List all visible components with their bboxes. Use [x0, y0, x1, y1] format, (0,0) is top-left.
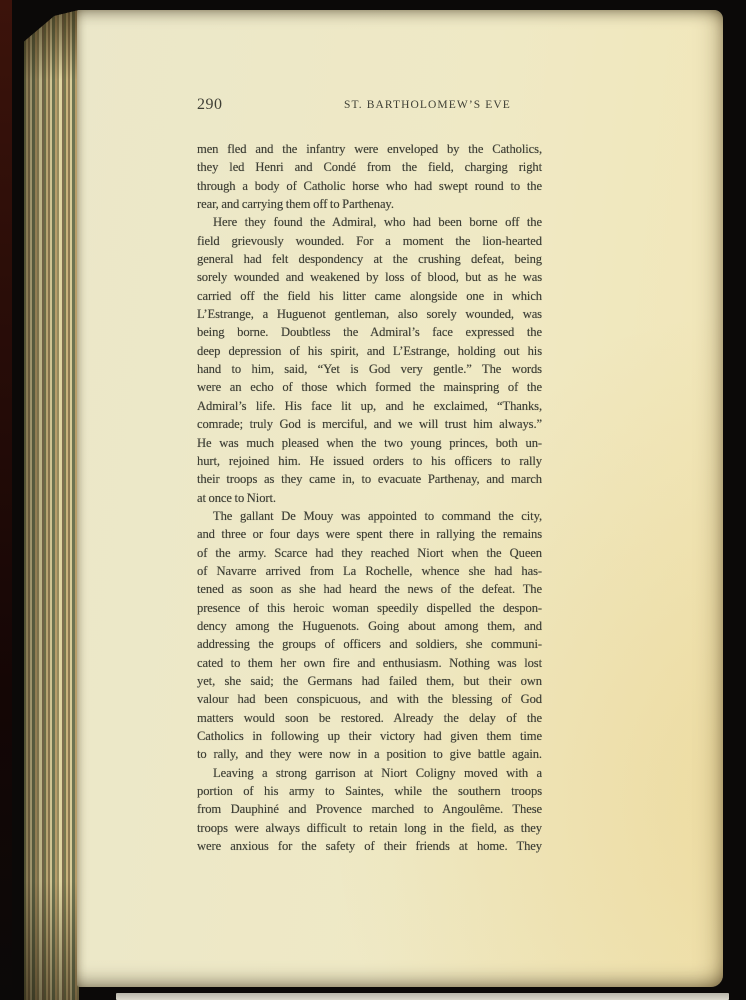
text-line: hurt, rejoined him. He issued orders to …	[197, 452, 542, 470]
text-line: comrade; truly God is merciful, and we w…	[197, 415, 542, 433]
text-line: dency among the Huguenots. Going about a…	[197, 617, 542, 635]
text-line: of Navarre arrived from La Rochelle, whe…	[197, 562, 542, 580]
text-line: He was much pleased when the two young p…	[197, 434, 542, 452]
text-line: sorely wounded and weakened by loss of b…	[197, 268, 542, 286]
text-line: L’Estrange, a Huguenot gentleman, also s…	[197, 305, 542, 323]
text-line: were anxious for the safety of their fri…	[197, 837, 542, 855]
text-line: addressing the groups of officers and so…	[197, 635, 542, 653]
text-line: troops were always difficult to retain l…	[197, 819, 542, 837]
text-line: carried off the field his litter came al…	[197, 287, 542, 305]
text-line: through a body of Catholic horse who had…	[197, 177, 542, 195]
text-line: matters would soon be restored. Already …	[197, 709, 542, 727]
book-page-edges	[24, 10, 79, 1000]
text-line: men fled and the infantry were enveloped…	[197, 140, 542, 158]
text-line: tened as soon as she had heard the news …	[197, 580, 542, 598]
text-line: presence of this heroic woman speedily d…	[197, 599, 542, 617]
running-title: ST. BARTHOLOMEW’S EVE	[344, 99, 511, 111]
text-line: deep depression of his spirit, and L’Est…	[197, 342, 542, 360]
text-line: Admiral’s life. His face lit up, and he …	[197, 397, 542, 415]
page-header: 290 ST. BARTHOLOMEW’S EVE	[197, 96, 543, 116]
text-line: Here they found the Admiral, who had bee…	[197, 213, 542, 231]
text-line: Leaving a strong garrison at Niort Colig…	[197, 764, 542, 782]
text-line: portion of his army to Saintes, while th…	[197, 782, 542, 800]
text-line: Catholics in following up their victory …	[197, 727, 542, 745]
book-cover-edge	[0, 0, 12, 1000]
book-scan: 290 ST. BARTHOLOMEW’S EVE men fled and t…	[0, 0, 746, 1000]
book-page: 290 ST. BARTHOLOMEW’S EVE men fled and t…	[77, 10, 723, 987]
text-line: hand to him, said, “Yet is God very gent…	[197, 360, 542, 378]
text-line: were an echo of those which formed the m…	[197, 378, 542, 396]
text-line: valour had been conspicuous, and with th…	[197, 690, 542, 708]
text-line: to rally, and they were now in a positio…	[197, 745, 542, 763]
text-line: yet, she said; the Germans had failed th…	[197, 672, 542, 690]
text-line: cated to them her own fire and enthusias…	[197, 654, 542, 672]
text-line: they led Henri and Condé from the field,…	[197, 158, 542, 176]
text-line: their troops as they came in, to evacuat…	[197, 470, 542, 488]
text-line: being borne. Doubtless the Admiral’s fac…	[197, 323, 542, 341]
page-number: 290	[197, 96, 223, 114]
text-line: field grievously wounded. For a moment t…	[197, 232, 542, 250]
text-line: from Dauphiné and Provence marched to An…	[197, 800, 542, 818]
scanner-bed-strip	[116, 993, 729, 1000]
text-line: and three or four days were spent there …	[197, 525, 542, 543]
text-line: general had felt despondency at the crus…	[197, 250, 542, 268]
text-block: men fled and the infantry were enveloped…	[197, 140, 542, 855]
text-line: rear, and carrying them off to Parthenay…	[197, 195, 542, 213]
text-line: of the army. Scarce had they reached Nio…	[197, 544, 542, 562]
text-line: at once to Niort.	[197, 489, 542, 507]
text-line: The gallant De Mouy was appointed to com…	[197, 507, 542, 525]
